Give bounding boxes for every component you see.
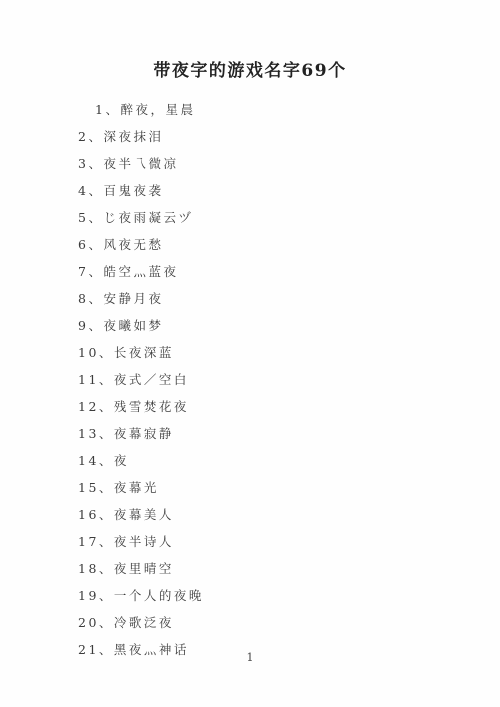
list-item-text: 17、夜半诗人: [78, 534, 174, 549]
list-item: 10、长夜深蓝: [78, 339, 500, 366]
list-item: 2、深夜抹泪: [78, 123, 500, 150]
list-item: 18、夜里晴空: [78, 555, 500, 582]
list-item-text: 11、夜式／空白: [78, 372, 189, 387]
page-number: 1: [0, 651, 500, 664]
list-item: 6、风夜无愁: [78, 231, 500, 258]
list-item-text: 18、夜里晴空: [78, 561, 174, 576]
list-item: 15、夜幕光: [78, 474, 500, 501]
list-item-text: 12、残雪焚花夜: [78, 399, 189, 414]
list-item-text: 10、长夜深蓝: [78, 345, 174, 360]
list-item: 8、安静月夜: [78, 285, 500, 312]
list-item: 1、醉夜，星晨: [78, 96, 500, 123]
list-item: 5、じ夜雨凝云ヅ: [78, 204, 500, 231]
list-item-text: 13、夜幕寂静: [78, 426, 174, 441]
list-item: 4、百鬼夜袭: [78, 177, 500, 204]
list-item-text: 3、夜半乁微凉: [78, 156, 178, 171]
list-item: 20、冷歌泛夜: [78, 609, 500, 636]
document-page: 带夜字的游戏名字69个 1、醉夜，星晨 2、深夜抹泪 3、夜半乁微凉 4、百鬼夜…: [0, 0, 500, 707]
list-item-text: 8、安静月夜: [78, 291, 163, 306]
list-item-text: 6、风夜无愁: [78, 237, 163, 252]
list-item: 7、皓空灬蓝夜: [78, 258, 500, 285]
list-item-text: 1、醉夜，星晨: [95, 102, 195, 117]
list-item: 13、夜幕寂静: [78, 420, 500, 447]
list-item-text: 2、深夜抹泪: [78, 129, 163, 144]
list-item-text: 15、夜幕光: [78, 480, 159, 495]
page-title: 带夜字的游戏名字69个: [0, 0, 500, 81]
list-item-text: 7、皓空灬蓝夜: [78, 264, 178, 279]
list-item: 9、夜曦如梦: [78, 312, 500, 339]
list-item: 12、残雪焚花夜: [78, 393, 500, 420]
list-item-text: 19、一个人的夜晚: [78, 588, 204, 603]
list-item: 17、夜半诗人: [78, 528, 500, 555]
list-item: 14、夜: [78, 447, 500, 474]
list-item: 3、夜半乁微凉: [78, 150, 500, 177]
list-item-text: 20、冷歌泛夜: [78, 615, 174, 630]
list-item-text: 5、じ夜雨凝云ヅ: [78, 210, 193, 225]
name-list: 1、醉夜，星晨 2、深夜抹泪 3、夜半乁微凉 4、百鬼夜袭 5、じ夜雨凝云ヅ 6…: [0, 96, 500, 663]
list-item-text: 16、夜幕美人: [78, 507, 174, 522]
list-item: 16、夜幕美人: [78, 501, 500, 528]
list-item: 11、夜式／空白: [78, 366, 500, 393]
list-item-text: 9、夜曦如梦: [78, 318, 163, 333]
list-item-text: 14、夜: [78, 453, 129, 468]
list-item: 19、一个人的夜晚: [78, 582, 500, 609]
list-item-text: 4、百鬼夜袭: [78, 183, 163, 198]
